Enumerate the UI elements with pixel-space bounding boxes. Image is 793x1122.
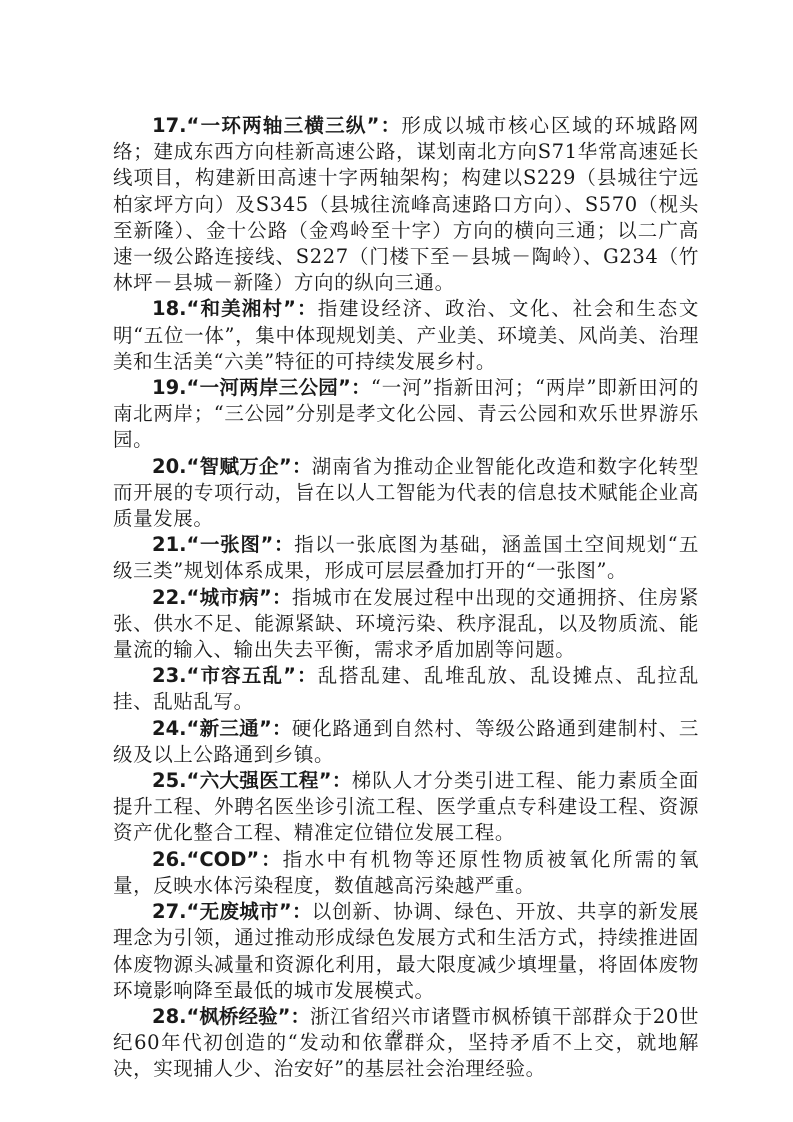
entry-number: 28. bbox=[152, 1005, 187, 1028]
entry-number: 18. bbox=[152, 297, 187, 320]
glossary-entry-25: 25.“六大强医工程”：梯队人才分类引进工程、能力素质全面提升工程、外聘名医坐诊… bbox=[113, 768, 699, 847]
glossary-entry-20: 20.“智赋万企”：湖南省为推动企业智能化改造和数字化转型而开展的专项行动，旨在… bbox=[113, 454, 699, 533]
glossary-entry-22: 22.“城市病”：指城市在发展过程中出现的交通拥挤、住房紧张、供水不足、能源紧缺… bbox=[113, 585, 699, 664]
entry-term: “一环两轴三横三纵”： bbox=[187, 114, 402, 137]
entry-term: “一河两岸三公园”： bbox=[187, 376, 371, 399]
entry-term: “和美湘村”： bbox=[187, 297, 318, 320]
glossary-entry-19: 19.“一河两岸三公园”：“一河”指新田河；“两岸”即新田河的南北两岸；“三公园… bbox=[113, 375, 699, 454]
entry-number: 25. bbox=[152, 769, 187, 792]
entry-number: 24. bbox=[152, 717, 187, 740]
glossary-entry-26: 26.“COD”：指水中有机物等还原性物质被氧化所需的氧量，反映水体污染程度，数… bbox=[113, 847, 699, 899]
entry-term: “COD”： bbox=[187, 848, 283, 871]
glossary-entry-17: 17.“一环两轴三横三纵”：形成以城市核心区域的环城路网络；建成东西方向桂新高速… bbox=[113, 113, 699, 296]
entry-description: 形成以城市核心区域的环城路网络；建成东西方向桂新高速公路，谋划南北方向S71华常… bbox=[113, 114, 699, 294]
page-number: 28 bbox=[0, 1026, 793, 1042]
entry-number: 20. bbox=[152, 455, 187, 478]
entry-number: 22. bbox=[152, 586, 187, 609]
entry-number: 27. bbox=[152, 900, 187, 923]
glossary-body: 17.“一环两轴三横三纵”：形成以城市核心区域的环城路网络；建成东西方向桂新高速… bbox=[113, 113, 699, 1083]
entry-term: “一张图”： bbox=[187, 533, 295, 556]
glossary-entry-18: 18.“和美湘村”：指建设经济、政治、文化、社会和生态文明“五位一体”，集中体现… bbox=[113, 296, 699, 375]
entry-number: 21. bbox=[152, 533, 187, 556]
glossary-entry-24: 24.“新三通”：硬化路通到自然村、等级公路通到建制村、三级及以上公路通到乡镇。 bbox=[113, 716, 699, 768]
entry-term: “新三通”： bbox=[187, 717, 292, 740]
entry-term: “智赋万企”： bbox=[187, 455, 312, 478]
glossary-entry-27: 27.“无废城市”：以创新、协调、绿色、开放、共享的新发展理念为引领，通过推动形… bbox=[113, 899, 699, 1004]
entry-term: “无废城市”： bbox=[187, 900, 312, 923]
glossary-entry-21: 21.“一张图”：指以一张底图为基础，涵盖国土空间规划“五级三类”规划体系成果，… bbox=[113, 532, 699, 584]
entry-term: “枫桥经验”： bbox=[187, 1005, 311, 1028]
entry-term: “城市病”： bbox=[187, 586, 292, 609]
entry-number: 26. bbox=[152, 848, 187, 871]
entry-number: 17. bbox=[152, 114, 187, 137]
glossary-entry-28: 28.“枫桥经验”：浙江省绍兴市诸暨市枫桥镇干部群众于20世纪60年代初创造的“… bbox=[113, 1004, 699, 1083]
entry-term: “六大强医工程”： bbox=[187, 769, 352, 792]
entry-number: 23. bbox=[152, 664, 187, 687]
entry-number: 19. bbox=[152, 376, 187, 399]
glossary-entry-23: 23.“市容五乱”：乱搭乱建、乱堆乱放、乱设摊点、乱拉乱挂、乱贴乱写。 bbox=[113, 663, 699, 715]
entry-term: “市容五乱”： bbox=[187, 664, 318, 687]
